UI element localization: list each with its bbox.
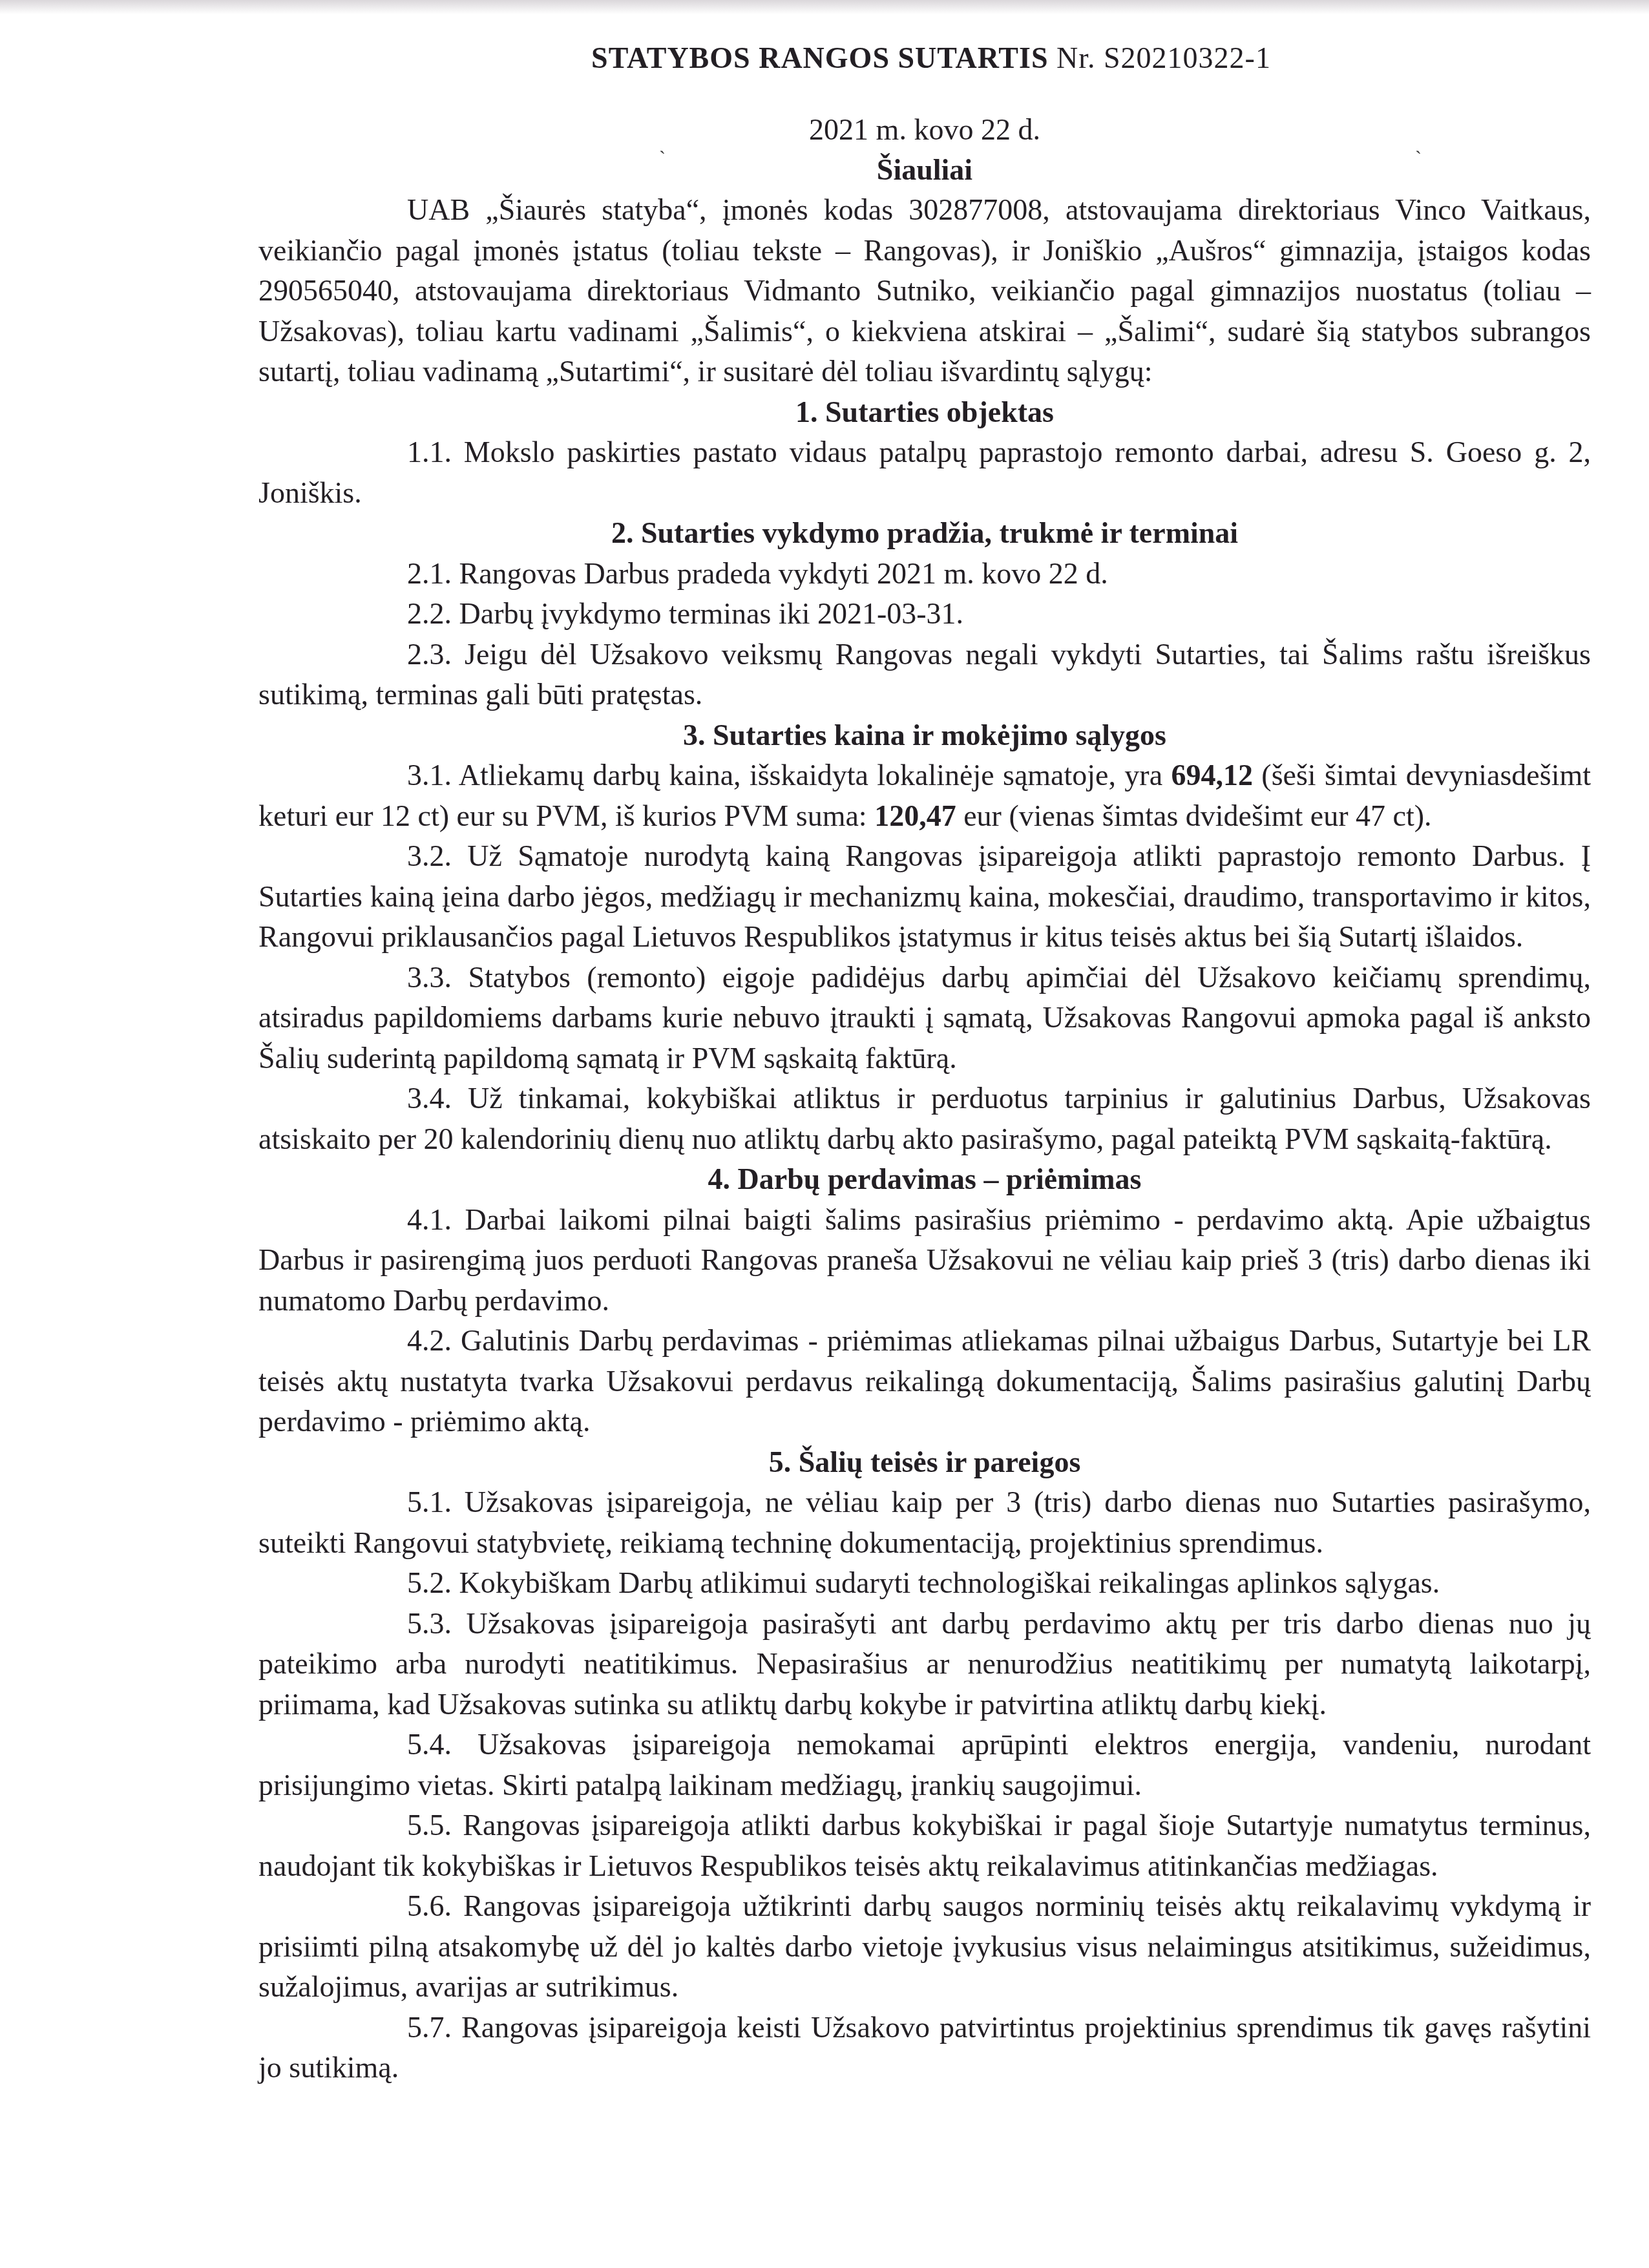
- clause-5-7: 5.7. Rangovas įsipareigoja keisti Užsako…: [258, 2008, 1591, 2088]
- clause-5-1: 5.1. Užsakovas įsipareigoja, ne vėliau k…: [258, 1482, 1591, 1563]
- contract-number: Nr. S20210322-1: [1056, 41, 1271, 74]
- scan-mark-left: ˴: [659, 139, 666, 161]
- section-heading-5: 5. Šalių teisės ir pareigos: [258, 1442, 1591, 1483]
- clause-3-1: 3.1. Atliekamų darbų kaina, išskaidyta l…: [258, 755, 1591, 836]
- clause-4-2: 4.2. Galutinis Darbų perdavimas - priėmi…: [258, 1321, 1591, 1442]
- clause-1-1: 1.1. Mokslo paskirties pastato vidaus pa…: [258, 432, 1591, 513]
- clause-5-6: 5.6. Rangovas įsipareigoja užtikrinti da…: [258, 1886, 1591, 2008]
- document-title: STATYBOS RANGOS SUTARTIS Nr. S20210322-1: [258, 39, 1591, 78]
- section-heading-2: 2. Sutarties vykdymo pradžia, trukmė ir …: [258, 513, 1591, 554]
- scan-mark-right: ˴: [1415, 139, 1422, 161]
- scan-marks: ˴ ˴: [258, 78, 1591, 174]
- clause-5-3: 5.3. Užsakovas įsipareigoja pasirašyti a…: [258, 1604, 1591, 1725]
- clause-3-1-text-a: 3.1. Atliekamų darbų kaina, išskaidyta l…: [407, 759, 1171, 792]
- clause-2-1: 2.1. Rangovas Darbus pradeda vykdyti 202…: [258, 554, 1591, 594]
- clause-3-1-text-c: eur (vienas šimtas dvidešimt eur 47 ct).: [956, 799, 1432, 832]
- clause-5-5: 5.5. Rangovas įsipareigoja atlikti darbu…: [258, 1805, 1591, 1886]
- clause-5-2: 5.2. Kokybiškam Darbų atlikimui sudaryti…: [258, 1563, 1591, 1604]
- contract-page: STATYBOS RANGOS SUTARTIS Nr. S20210322-1…: [258, 39, 1591, 2088]
- section-heading-4: 4. Darbų perdavimas – priėmimas: [258, 1159, 1591, 1200]
- vat-amount: 120,47: [874, 799, 956, 832]
- title-text: STATYBOS RANGOS SUTARTIS: [591, 41, 1048, 74]
- scan-artifact: [0, 0, 1649, 14]
- intro-paragraph: UAB „Šiaurės statyba“, įmonės kodas 3028…: [258, 190, 1591, 392]
- clause-5-4: 5.4. Užsakovas įsipareigoja nemokamai ap…: [258, 1725, 1591, 1805]
- clause-2-3: 2.3. Jeigu dėl Užsakovo veiksmų Rangovas…: [258, 635, 1591, 715]
- clause-4-1: 4.1. Darbai laikomi pilnai baigti šalims…: [258, 1200, 1591, 1321]
- clause-3-2: 3.2. Už Sąmatoje nurodytą kainą Rangovas…: [258, 836, 1591, 958]
- section-heading-3: 3. Sutarties kaina ir mokėjimo sąlygos: [258, 715, 1591, 756]
- clause-3-3: 3.3. Statybos (remonto) eigoje padidėjus…: [258, 958, 1591, 1079]
- total-price: 694,12: [1171, 759, 1253, 792]
- clause-3-4: 3.4. Už tinkamai, kokybiškai atliktus ir…: [258, 1078, 1591, 1159]
- section-heading-1: 1. Sutarties objektas: [258, 392, 1591, 433]
- clause-2-2: 2.2. Darbų įvykdymo terminas iki 2021-03…: [258, 594, 1591, 635]
